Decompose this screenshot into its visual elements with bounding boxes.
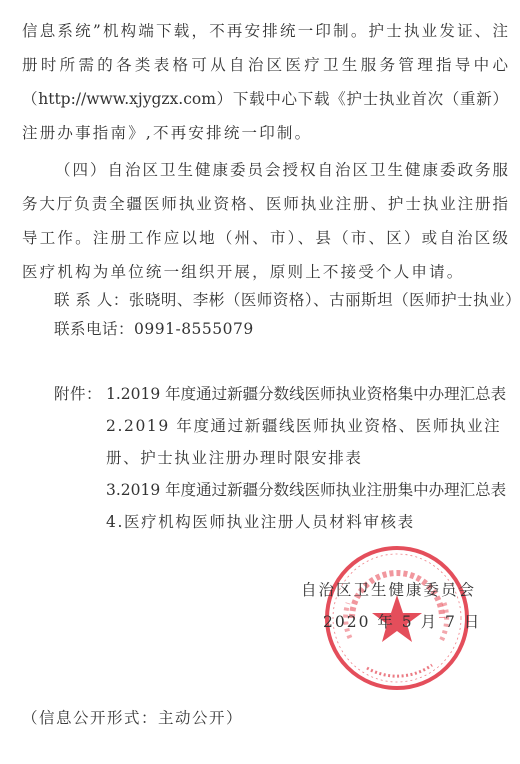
paragraph-line: 注册办事指南》,不再安排统一印制。 (22, 123, 312, 143)
contact-phone-label: 联系电话： (54, 320, 134, 338)
attachment-item: 1.2019 年度通过新疆分数线医师执业资格集中办理汇总表 (106, 384, 506, 404)
issue-date: 2020 年 5 月 7 日 (323, 612, 481, 632)
paragraph-line: 册时所需的各类表格可从自治区医疗卫生服务管理指导中心 (22, 55, 508, 75)
contact-person-row: 联 系 人：张晓明、李彬（医师资格）、古丽斯坦（医师护士执业） (54, 290, 520, 310)
document-page: 信息系统”机构端下载，不再安排统一印制。护士执业发证、注 册时所需的各类表格可从… (0, 0, 520, 764)
paragraph-line: 信息系统”机构端下载，不再安排统一印制。护士执业发证、注 (22, 21, 508, 41)
section-four-line: （四）自治区卫生健康委员会授权自治区卫生健康委政务服 (55, 160, 508, 180)
contact-phone-number: 0991-8555079 (134, 320, 254, 338)
section-four-line: 医疗机构为单位统一组织开展，原则上不接受个人申请。 (22, 262, 465, 282)
paragraph-line: （http://www.xjygzx.com）下载中心下载《护士执业首次（重新） (22, 89, 508, 109)
section-four-line: 导工作。注册工作应以地（州、市）、县（市、区）或自治区级 (22, 228, 508, 248)
issuing-organization: 自治区卫生健康委员会 (301, 580, 476, 600)
attachment-item: 3.2019 年度通过新疆分数线医师执业注册集中办理汇总表 (106, 480, 506, 500)
contact-person-label: 联 系 人： (54, 291, 129, 309)
contact-phone-row: 联系电话：0991-8555079 (54, 319, 254, 339)
attachment-item: 册、护士执业注册办理时限安排表 (106, 448, 363, 468)
section-four-line: 务大厅负责全疆医师执业资格、医师执业注册、护士执业注册指 (22, 194, 508, 214)
contact-person-names: 张晓明、李彬（医师资格）、古丽斯坦（医师护士执业） (129, 291, 520, 309)
attachments-label: 附件： (54, 384, 102, 404)
disclosure-note: （信息公开形式：主动公开） (22, 708, 243, 728)
attachment-item: 2.2019 年度通过新疆线医师执业资格、医师执业注 (106, 416, 501, 436)
attachment-item: 4.医疗机构医师执业注册人员材料审核表 (106, 512, 415, 532)
